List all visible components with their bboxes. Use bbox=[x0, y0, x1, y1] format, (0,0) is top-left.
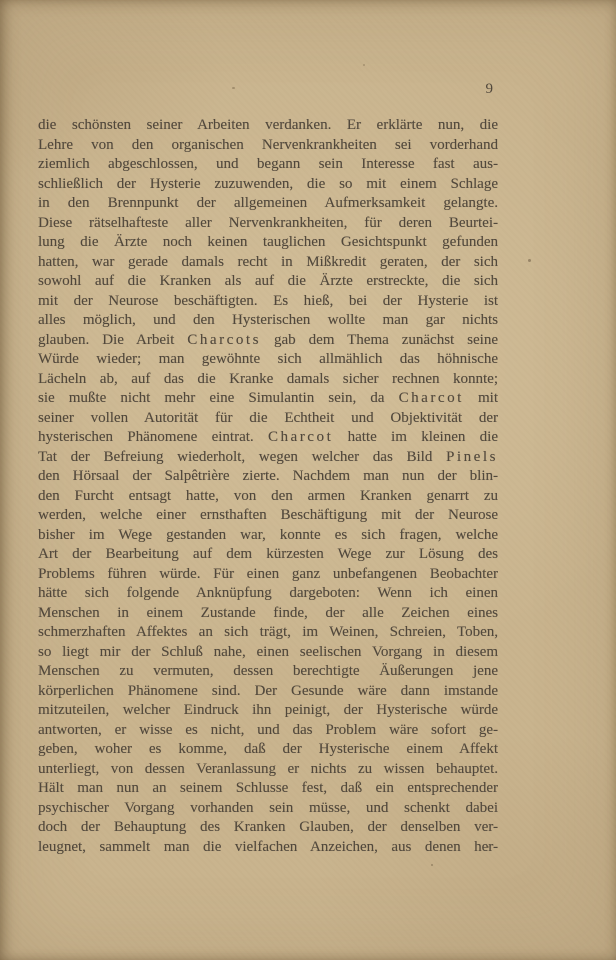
text-line: lung die Ärzte noch keinen tauglichen Ge… bbox=[38, 233, 498, 253]
text-line: seiner vollen Autorität für die Echtheit… bbox=[38, 409, 498, 429]
text-line: Tat der Befreiung wiederholt, wegen welc… bbox=[38, 448, 498, 468]
text-line: Menschen zu vermuten, dessen berechtigte… bbox=[38, 662, 498, 682]
text-line: schmerzhaften Affektes an sich trägt, im… bbox=[38, 623, 498, 643]
text-line: den Furcht entsagt hatte, von den armen … bbox=[38, 487, 498, 507]
text-line: körperlichen Phänomene sind. Der Gesunde… bbox=[38, 682, 498, 702]
text-line: schließlich der Hysterie zuzuwenden, die… bbox=[38, 175, 498, 195]
letterspaced-name: Pinels bbox=[446, 449, 498, 465]
text-line: alles möglich, und den Hysterischen woll… bbox=[38, 311, 498, 331]
paper-speck bbox=[431, 864, 433, 866]
text-line: Lächeln ab, auf das die Kranke damals si… bbox=[38, 370, 498, 390]
text-line: unterliegt, von dessen Veranlassung er n… bbox=[38, 760, 498, 780]
paper-speck bbox=[528, 259, 531, 262]
text-line: werden, welche einer ernsthaften Beschäf… bbox=[38, 506, 498, 526]
text-line: sie mußte nicht mehr eine Simulantin sei… bbox=[38, 389, 498, 409]
text-line: bisher im Wege gestanden war, konnte es … bbox=[38, 526, 498, 546]
text-line: Menschen in einem Zustande finde, der al… bbox=[38, 604, 498, 624]
paper-speck bbox=[232, 87, 235, 89]
text-line: hatten, war gerade damals recht in Mißkr… bbox=[38, 253, 498, 273]
text-line: mit der Neurose beschäftigten. Es hieß, … bbox=[38, 292, 498, 312]
text-line: Würde wieder; man gewöhnte sich allmähli… bbox=[38, 350, 498, 370]
letterspaced-name: Charcots bbox=[187, 332, 261, 348]
text-line: Hält man nun an seinem Schlusse fest, da… bbox=[38, 779, 498, 799]
text-line: Lehre von den organischen Nervenkrankhei… bbox=[38, 136, 498, 156]
text-line: hysterischen Phänomene eintrat. Charcot … bbox=[38, 428, 498, 448]
text-line: den Hörsaal der Salpêtrière zierte. Nach… bbox=[38, 467, 498, 487]
text-line: Diese rätselhafteste aller Nervenkrankhe… bbox=[38, 214, 498, 234]
paper-speck bbox=[363, 64, 365, 66]
text-line: so liegt mir der Schluß nahe, einen seel… bbox=[38, 643, 498, 663]
letterspaced-name: Charcot bbox=[399, 390, 464, 406]
paper-speck bbox=[487, 846, 489, 848]
text-line: Problems führen würde. Für einen ganz un… bbox=[38, 565, 498, 585]
text-line: glauben. Die Arbeit Charcots gab dem The… bbox=[38, 331, 498, 351]
page-text: die schönsten seiner Arbeiten verdanken.… bbox=[38, 116, 498, 857]
text-line: die schönsten seiner Arbeiten verdanken.… bbox=[38, 116, 498, 136]
text-line: hätte sich folgende Anknüpfung dargebote… bbox=[38, 584, 498, 604]
text-line: in den Brennpunkt der allgemeinen Aufmer… bbox=[38, 194, 498, 214]
text-line: ziemlich abgeschlossen, und begann sein … bbox=[38, 155, 498, 175]
text-line: leugnet, sammelt man die vielfachen Anze… bbox=[38, 838, 498, 858]
text-line: psychischer Vorgang vorhanden sein müsse… bbox=[38, 799, 498, 819]
page-number: 9 bbox=[38, 80, 498, 99]
text-line: antworten, er wisse es nicht, und das Pr… bbox=[38, 721, 498, 741]
letterspaced-name: Charcot bbox=[268, 429, 333, 445]
text-line: Art der Bearbeitung auf dem kürzesten We… bbox=[38, 545, 498, 565]
text-line: mitzuteilen, welcher Eindruck ihn peinig… bbox=[38, 701, 498, 721]
text-line: doch der Behauptung des Kranken Glauben,… bbox=[38, 818, 498, 838]
text-line: sowohl auf die Kranken als auf die Ärzte… bbox=[38, 272, 498, 292]
text-line: geben, woher es komme, daß der Hysterisc… bbox=[38, 740, 498, 760]
